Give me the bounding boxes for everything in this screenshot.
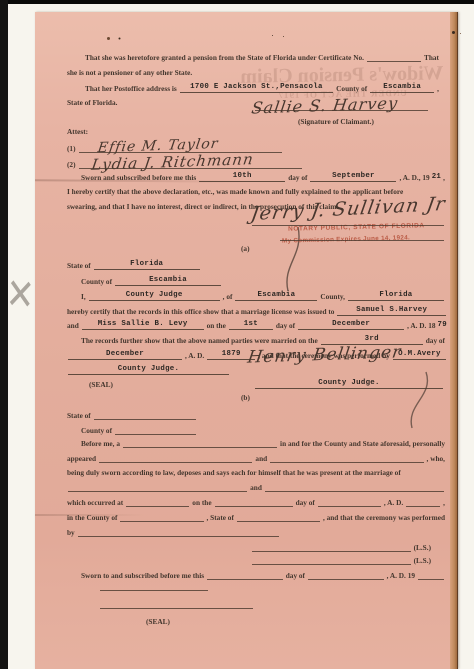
printed-text: , and that the ceremony was performed [323,513,445,522]
printed-text: day of [286,571,305,580]
typed-fill: Florida [94,260,200,270]
form-line: I,County Judge, ofEscambiaCounty,Florida [80,291,446,301]
blank-underline [99,460,252,463]
form-line: (SEAL) [88,380,114,389]
printed-text: , State of [207,513,234,522]
form-line: (1) [66,144,284,153]
blank-underline [100,588,208,591]
blank-underline [308,577,384,580]
typed-fill: County Judge [89,291,220,301]
typed-fill: December [298,320,404,330]
blank-underline [94,417,196,420]
printed-text: I hereby certify that the above declarat… [67,187,403,196]
ink-specks [107,37,110,40]
blank-underline [115,432,196,435]
page-right-edge [450,12,458,669]
form-line: and [66,483,446,492]
blank-underline [318,504,381,507]
printed-text: (b) [241,393,250,402]
typed-fill: County Judge. [68,365,229,375]
printed-text: and [255,454,267,463]
printed-text: , A. D. 19 [387,571,415,580]
printed-text: , and that the ceremony was performed by [258,351,390,360]
printed-text: , A. D. [384,498,403,507]
blank-underline [78,534,279,537]
printed-text: , who, [427,454,445,463]
printed-text: and [67,321,79,330]
typed-fill: Escambia [115,276,221,286]
form-line: appearedand, who, [66,454,446,463]
form-line: swearing, and that I have no interest, d… [66,202,339,211]
form-line [98,588,210,591]
form-line: December, A. D.1879, and that the ceremo… [66,350,448,360]
printed-text: The records further show that the above … [81,336,318,345]
printed-text: That she was heretofore granted a pensio… [85,53,364,62]
form-line: (2) [66,160,304,169]
form-line: Before me, ain and for the County and St… [80,439,446,448]
blank-underline [126,504,189,507]
printed-text: on the [192,498,211,507]
form-line [98,606,255,609]
form-line: That she was heretofore granted a pensio… [84,53,440,62]
form-line: That her Postoffice address is1700 E Jac… [84,83,440,93]
form-line: (b) [240,393,251,402]
blank-underline [255,108,428,111]
blank-underline [252,562,411,565]
printed-text: (L.S.) [414,556,431,565]
blank-underline [406,504,440,507]
form-line: County Judge. [66,365,231,375]
blank-underline [79,150,282,153]
form-line: State of [66,411,198,420]
printed-text: (a) [241,244,250,253]
typed-fill: 79 [438,321,447,330]
form-line [250,223,446,226]
printed-text: in and for the County and State aforesai… [280,439,445,448]
typed-fill: Escambia [370,83,434,93]
form-line: (SEAL) [145,617,171,626]
printed-text: and [250,483,262,492]
printed-text: County of [336,84,367,93]
printed-text: (SEAL) [89,380,113,389]
form-line: The records further show that the above … [80,335,446,345]
blank-underline [265,489,444,492]
blank-underline [215,504,293,507]
printed-text: Attest: [67,127,88,136]
printed-text: day of [276,321,295,330]
typed-fill: Florida [348,291,444,301]
printed-text: , A. D., 19 [399,173,429,182]
printed-text: by [67,528,75,537]
typed-fill: Samuel S.Harvey [337,306,446,316]
form-line: andMiss Sallie B. Levyon the1stday ofDec… [66,320,448,330]
printed-text: State of [67,411,91,420]
form-line: which occurred aton theday of, A. D., [66,498,446,507]
pencil-x-mark: ✕ [4,265,33,325]
blank-underline [207,577,283,580]
blank-underline [123,445,277,448]
typed-fill: 1700 E Jackson St.,Pensacola [180,83,333,93]
form-line: being duly sworn according to law, depos… [66,468,402,477]
printed-text: she is not a pensioner of any other Stat… [67,68,192,77]
blank-underline [120,519,203,522]
printed-text: County of [81,426,112,435]
form-line: State ofFlorida [66,260,202,270]
printed-text: Sworn to and subscribed before me this [81,571,204,580]
blank-underline [270,460,423,463]
printed-text: State of Florida. [67,98,117,107]
typed-fill: 10th [199,172,285,182]
form-line: (a) [240,244,251,253]
typed-fill: Miss Sallie B. Levy [82,320,204,330]
printed-text: swearing, and that I have no interest, d… [67,202,338,211]
printed-text: (SEAL) [146,617,170,626]
typed-fill: September [310,172,396,182]
blank-underline [252,549,411,552]
blank-underline [252,223,444,226]
typed-fill: 21 [432,173,441,182]
typed-fill: 1879 [207,350,255,360]
blank-underline [418,577,444,580]
printed-text: being duly sworn according to law, depos… [67,468,401,477]
printed-text: , A. D. 18 [407,321,435,330]
form-line: I hereby certify that the above declarat… [66,187,404,196]
typed-fill: Escambia [235,291,317,301]
scanned-document: { "document": { "kind": "Widow's Pension… [0,0,474,669]
form-line: by [66,528,281,537]
typed-fill: 1st [229,320,273,330]
printed-text: County, [320,292,345,301]
form-line: she is not a pensioner of any other Stat… [66,68,193,77]
blank-underline [280,238,444,241]
form-line: County ofEscambia [80,276,223,286]
blank-underline [367,59,421,62]
form-line [278,238,446,241]
printed-text: (2) [67,160,76,169]
printed-text: That [424,53,439,62]
printed-text: day of [288,173,307,182]
blank-underline [237,519,320,522]
form-line: County Judge. [253,379,445,389]
printed-text: on the [207,321,226,330]
printed-text: , [443,173,445,182]
form-line: (L.S.) [250,543,432,552]
form-line: (L.S.) [250,556,432,565]
typed-fill: County Judge. [255,379,443,389]
printed-text: I, [81,292,86,301]
printed-text: , A. D. [185,351,204,360]
printed-text: , [443,498,445,507]
printed-text: , [437,84,439,93]
form-line: (Signature of Claimant.) [297,117,375,126]
blank-underline [79,166,302,169]
printed-text: hereby certify that the records in this … [67,307,334,316]
scan-left-border [0,0,8,669]
printed-text: Sworn and subscribed before me this [81,173,196,182]
printed-text: day of [296,498,315,507]
printed-text: appeared [67,454,96,463]
blank-underline [68,489,247,492]
printed-text: Before me, a [81,439,120,448]
printed-text: County of [81,277,112,286]
typed-fill: O.M.Avery [393,350,446,360]
printed-text: That her Postoffice address is [85,84,177,93]
form-line: in the County of, State of, and that the… [66,513,446,522]
form-line: County of [80,426,198,435]
printed-text: (1) [67,144,76,153]
blank-underline [100,606,253,609]
printed-text: day of [426,336,445,345]
printed-text: (L.S.) [414,543,431,552]
printed-text: (Signature of Claimant.) [298,117,374,126]
form-line: hereby certify that the records in this … [66,306,448,316]
form-line [253,108,430,111]
form-line: State of Florida. [66,98,118,107]
form-line: Sworn and subscribed before me this10thd… [80,172,446,182]
typed-fill: 3rd [321,335,423,345]
printed-text: State of [67,261,91,270]
form-line: Sworn to and subscribed before me thisda… [80,571,446,580]
printed-text: which occurred at [67,498,123,507]
typed-fill: December [68,350,182,360]
printed-text: , of [223,292,233,301]
printed-text: in the County of [67,513,117,522]
form-line: Attest: [66,127,89,136]
